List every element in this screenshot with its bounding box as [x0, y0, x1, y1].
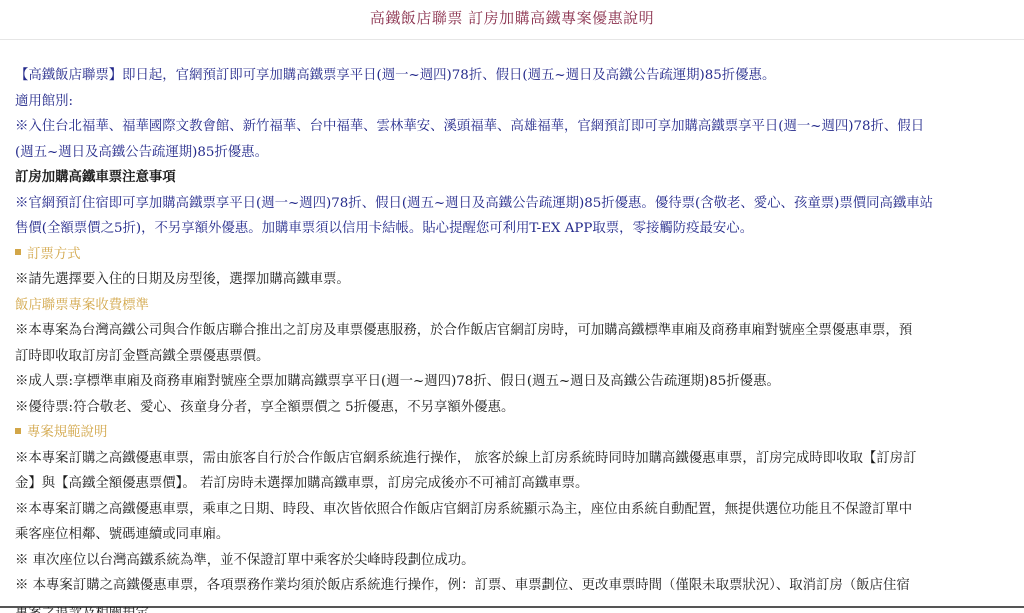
fee-standard-heading: 飯店聯票專案收費標準: [15, 293, 1000, 319]
rules-line: ※ 本專案訂購之高鐵優惠車票，各項票務作業均須於飯店系統進行操作，例：訂票、車票…: [15, 573, 1000, 599]
square-bullet-icon: [15, 249, 21, 255]
content-body: 【高鐵飯店聯票】即日起，官網預訂即可享加購高鐵票享平日(週一~週四)78折、假日…: [0, 63, 1000, 599]
rules-line: 乘客座位相鄰、號碼連續或同車廂。: [15, 522, 1000, 548]
rules-line-clipped: 專案之退款及相關規定: [15, 607, 149, 613]
rules-line: ※本專案訂購之高鐵優惠車票，需由旅客自行於合作飯店官網系統進行操作， 旅客於線上…: [15, 446, 1000, 472]
concession-ticket-line: ※優待票:符合敬老、愛心、孩童身分者，享全額票價之 5折優惠，不另享額外優惠。: [15, 395, 1000, 421]
applicable-hotels-label: 適用館別:: [15, 89, 1000, 115]
fee-standard-line: 訂時即收取訂房訂金暨高鐵全票優惠票價。: [15, 344, 1000, 370]
rules-heading: 專案規範說明: [15, 420, 1000, 446]
square-bullet-icon: [15, 428, 21, 434]
page-title: 高鐵飯店聯票 訂房加購高鐵專案優惠說明: [370, 9, 654, 27]
booking-method-heading: 訂票方式: [15, 242, 1000, 268]
rules-line: 金】與【高鐵全額優惠票價】。 若訂房時未選擇加購高鐵車票，訂房完成後亦不可補訂高…: [15, 471, 1000, 497]
intro-line: 【高鐵飯店聯票】即日起，官網預訂即可享加購高鐵票享平日(週一~週四)78折、假日…: [15, 63, 1000, 89]
rules-heading-text: 專案規範說明: [27, 425, 107, 440]
notice-heading: 訂房加購高鐵車票注意事項: [15, 165, 1000, 191]
page-header: 高鐵飯店聯票 訂房加購高鐵專案優惠說明: [0, 0, 1024, 40]
booking-method-line: ※請先選擇要入住的日期及房型後，選擇加購高鐵車票。: [15, 267, 1000, 293]
rules-line: ※本專案訂購之高鐵優惠車票，乘車之日期、時段、車次皆依照合作飯店官網訂房系統顯示…: [15, 497, 1000, 523]
fee-standard-line: ※本專案為台灣高鐵公司與合作飯店聯合推出之訂房及車票優惠服務，於合作飯店官網訂房…: [15, 318, 1000, 344]
rules-line: ※ 車次座位以台灣高鐵系統為準，並不保證訂單中乘客於尖峰時段劃位成功。: [15, 548, 1000, 574]
booking-method-heading-text: 訂票方式: [27, 247, 81, 262]
bottom-divider: [0, 606, 1024, 608]
notice-line: ※官網預訂住宿即可享加購高鐵票享平日(週一~週四)78折、假日(週五~週日及高鐵…: [15, 191, 1000, 217]
page: 高鐵飯店聯票 訂房加購高鐵專案優惠說明 【高鐵飯店聯票】即日起，官網預訂即可享加…: [0, 0, 1024, 613]
hotels-list-line: (週五~週日及高鐵公告疏運期)85折優惠。: [15, 140, 1000, 166]
notice-line: 售價(全額票價之5折)，不另享額外優惠。加購車票須以信用卡結帳。貼心提醒您可利用…: [15, 216, 1000, 242]
adult-ticket-line: ※成人票:享標準車廂及商務車廂對號座全票加購高鐵票享平日(週一~週四)78折、假…: [15, 369, 1000, 395]
hotels-list-line: ※入住台北福華、福華國際文教會館、新竹福華、台中福華、雲林華安、溪頭福華、高雄福…: [15, 114, 1000, 140]
